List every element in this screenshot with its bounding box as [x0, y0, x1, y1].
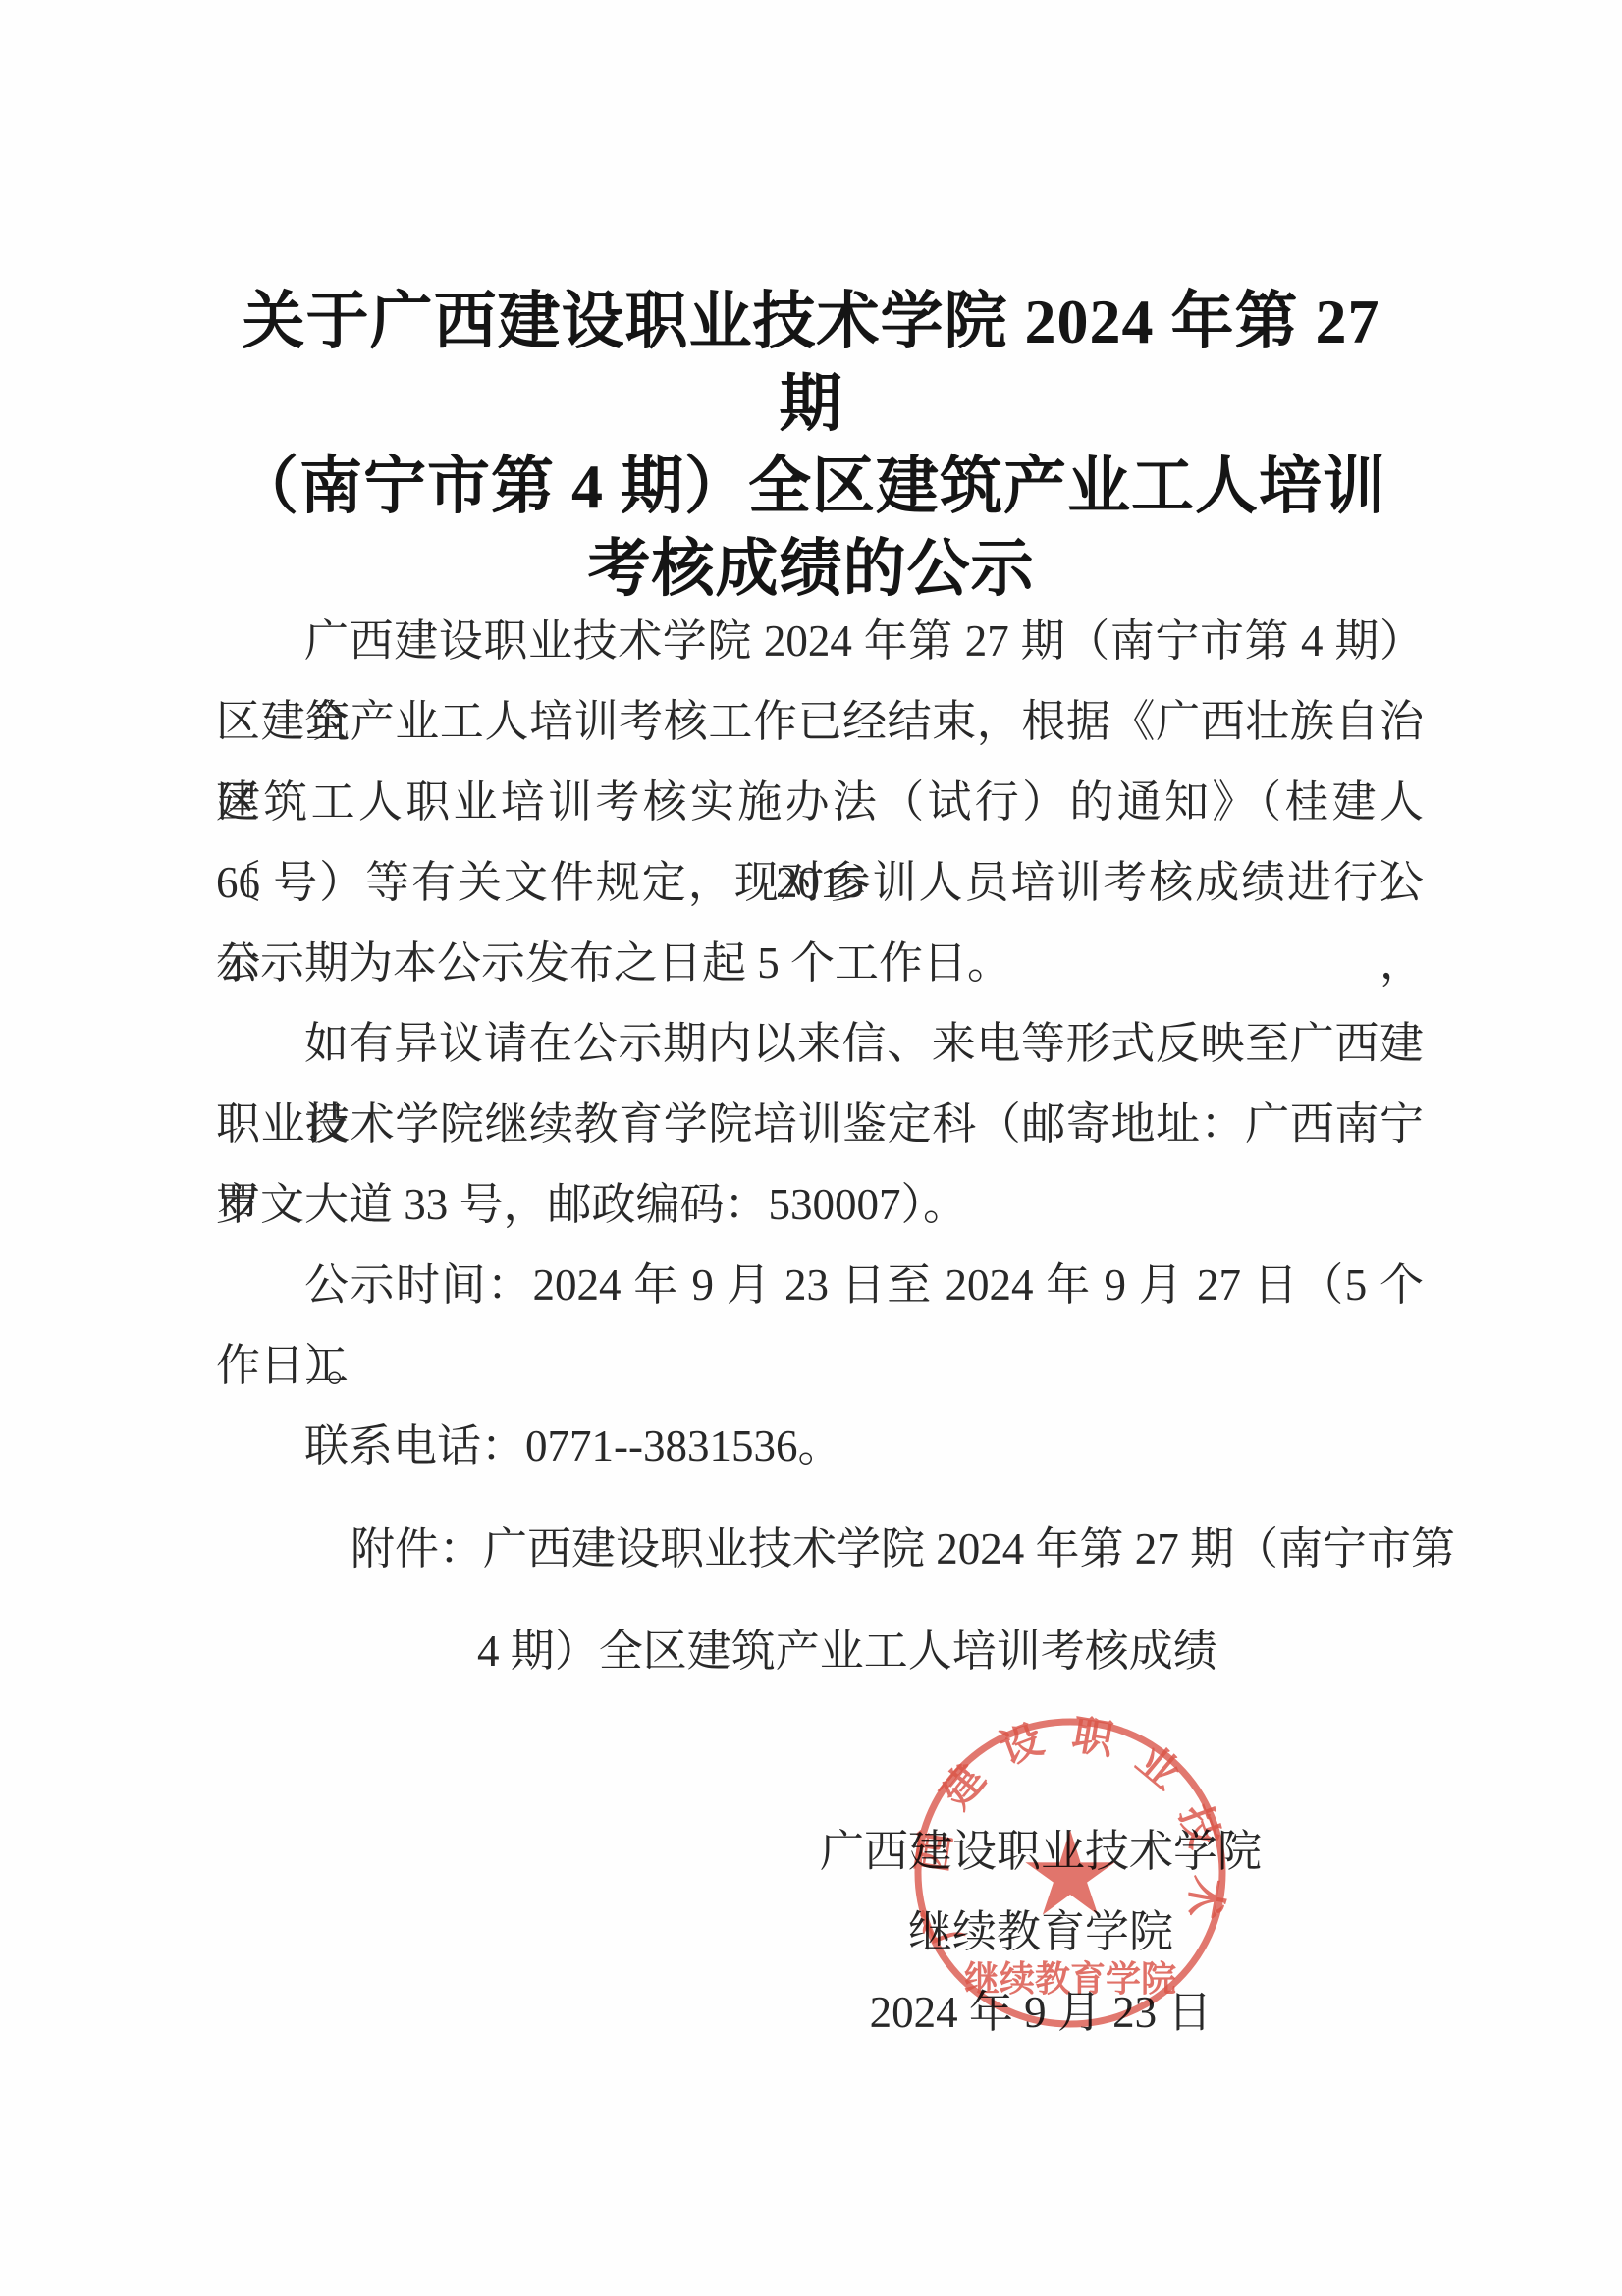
seal-dept-text: 继续教育学院 — [964, 1959, 1176, 1999]
attachment-line-1: 附件：广西建设职业技术学院 2024 年第 27 期（南宁市第 — [351, 1520, 1455, 1578]
title-line-2: （南宁市第 4 期）全区建筑产业工人培训 — [207, 446, 1415, 528]
announcement-page: 关于广西建设职业技术学院 2024 年第 27 期 （南宁市第 4 期）全区建筑… — [0, 0, 1622, 2296]
page-title: 关于广西建设职业技术学院 2024 年第 27 期 （南宁市第 4 期）全区建筑… — [207, 281, 1415, 611]
body-text: 广西建设职业技术学院 2024 年第 27 期（南宁市第 4 期）全 区建筑产业… — [216, 601, 1424, 1486]
body-line: 66 号）等有关文件规定，现对参训人员培训考核成绩进行公示， — [216, 842, 1424, 923]
seal-star-icon — [1025, 1830, 1114, 1915]
title-line-1: 关于广西建设职业技术学院 2024 年第 27 期 — [207, 281, 1415, 446]
official-seal: 广西建设职业技术学院 继续教育学院 — [903, 1706, 1237, 2040]
seal-arc-text: 广西建设职业技术学院 — [903, 1706, 1231, 1950]
body-line: 联系电话：0771--3831536。 — [216, 1406, 1424, 1486]
body-line: 建筑工人职业培训考核实施办法（试行）的通知》（桂建人〔2015〕 — [216, 762, 1424, 842]
body-line: 区建筑产业工人培训考核工作已经结束，根据《广西壮族自治区 — [216, 681, 1424, 762]
title-line-3: 考核成绩的公示 — [207, 528, 1415, 611]
attachment-line-2: 4 期）全区建筑产业工人培训考核成绩 — [477, 1622, 1217, 1681]
body-line: 公示时间：2024 年 9 月 23 日至 2024 年 9 月 27 日（5 … — [216, 1245, 1424, 1325]
body-line: 如有异议请在公示期内以来信、来电等形式反映至广西建设 — [216, 1003, 1424, 1084]
body-line: 罗文大道 33 号，邮政编码：530007）。 — [216, 1164, 1424, 1245]
body-line: 职业技术学院继续教育学院培训鉴定科（邮寄地址：广西南宁市 — [216, 1084, 1424, 1164]
body-line: 广西建设职业技术学院 2024 年第 27 期（南宁市第 4 期）全 — [216, 601, 1424, 681]
body-line: 作日）。 — [216, 1325, 1424, 1406]
